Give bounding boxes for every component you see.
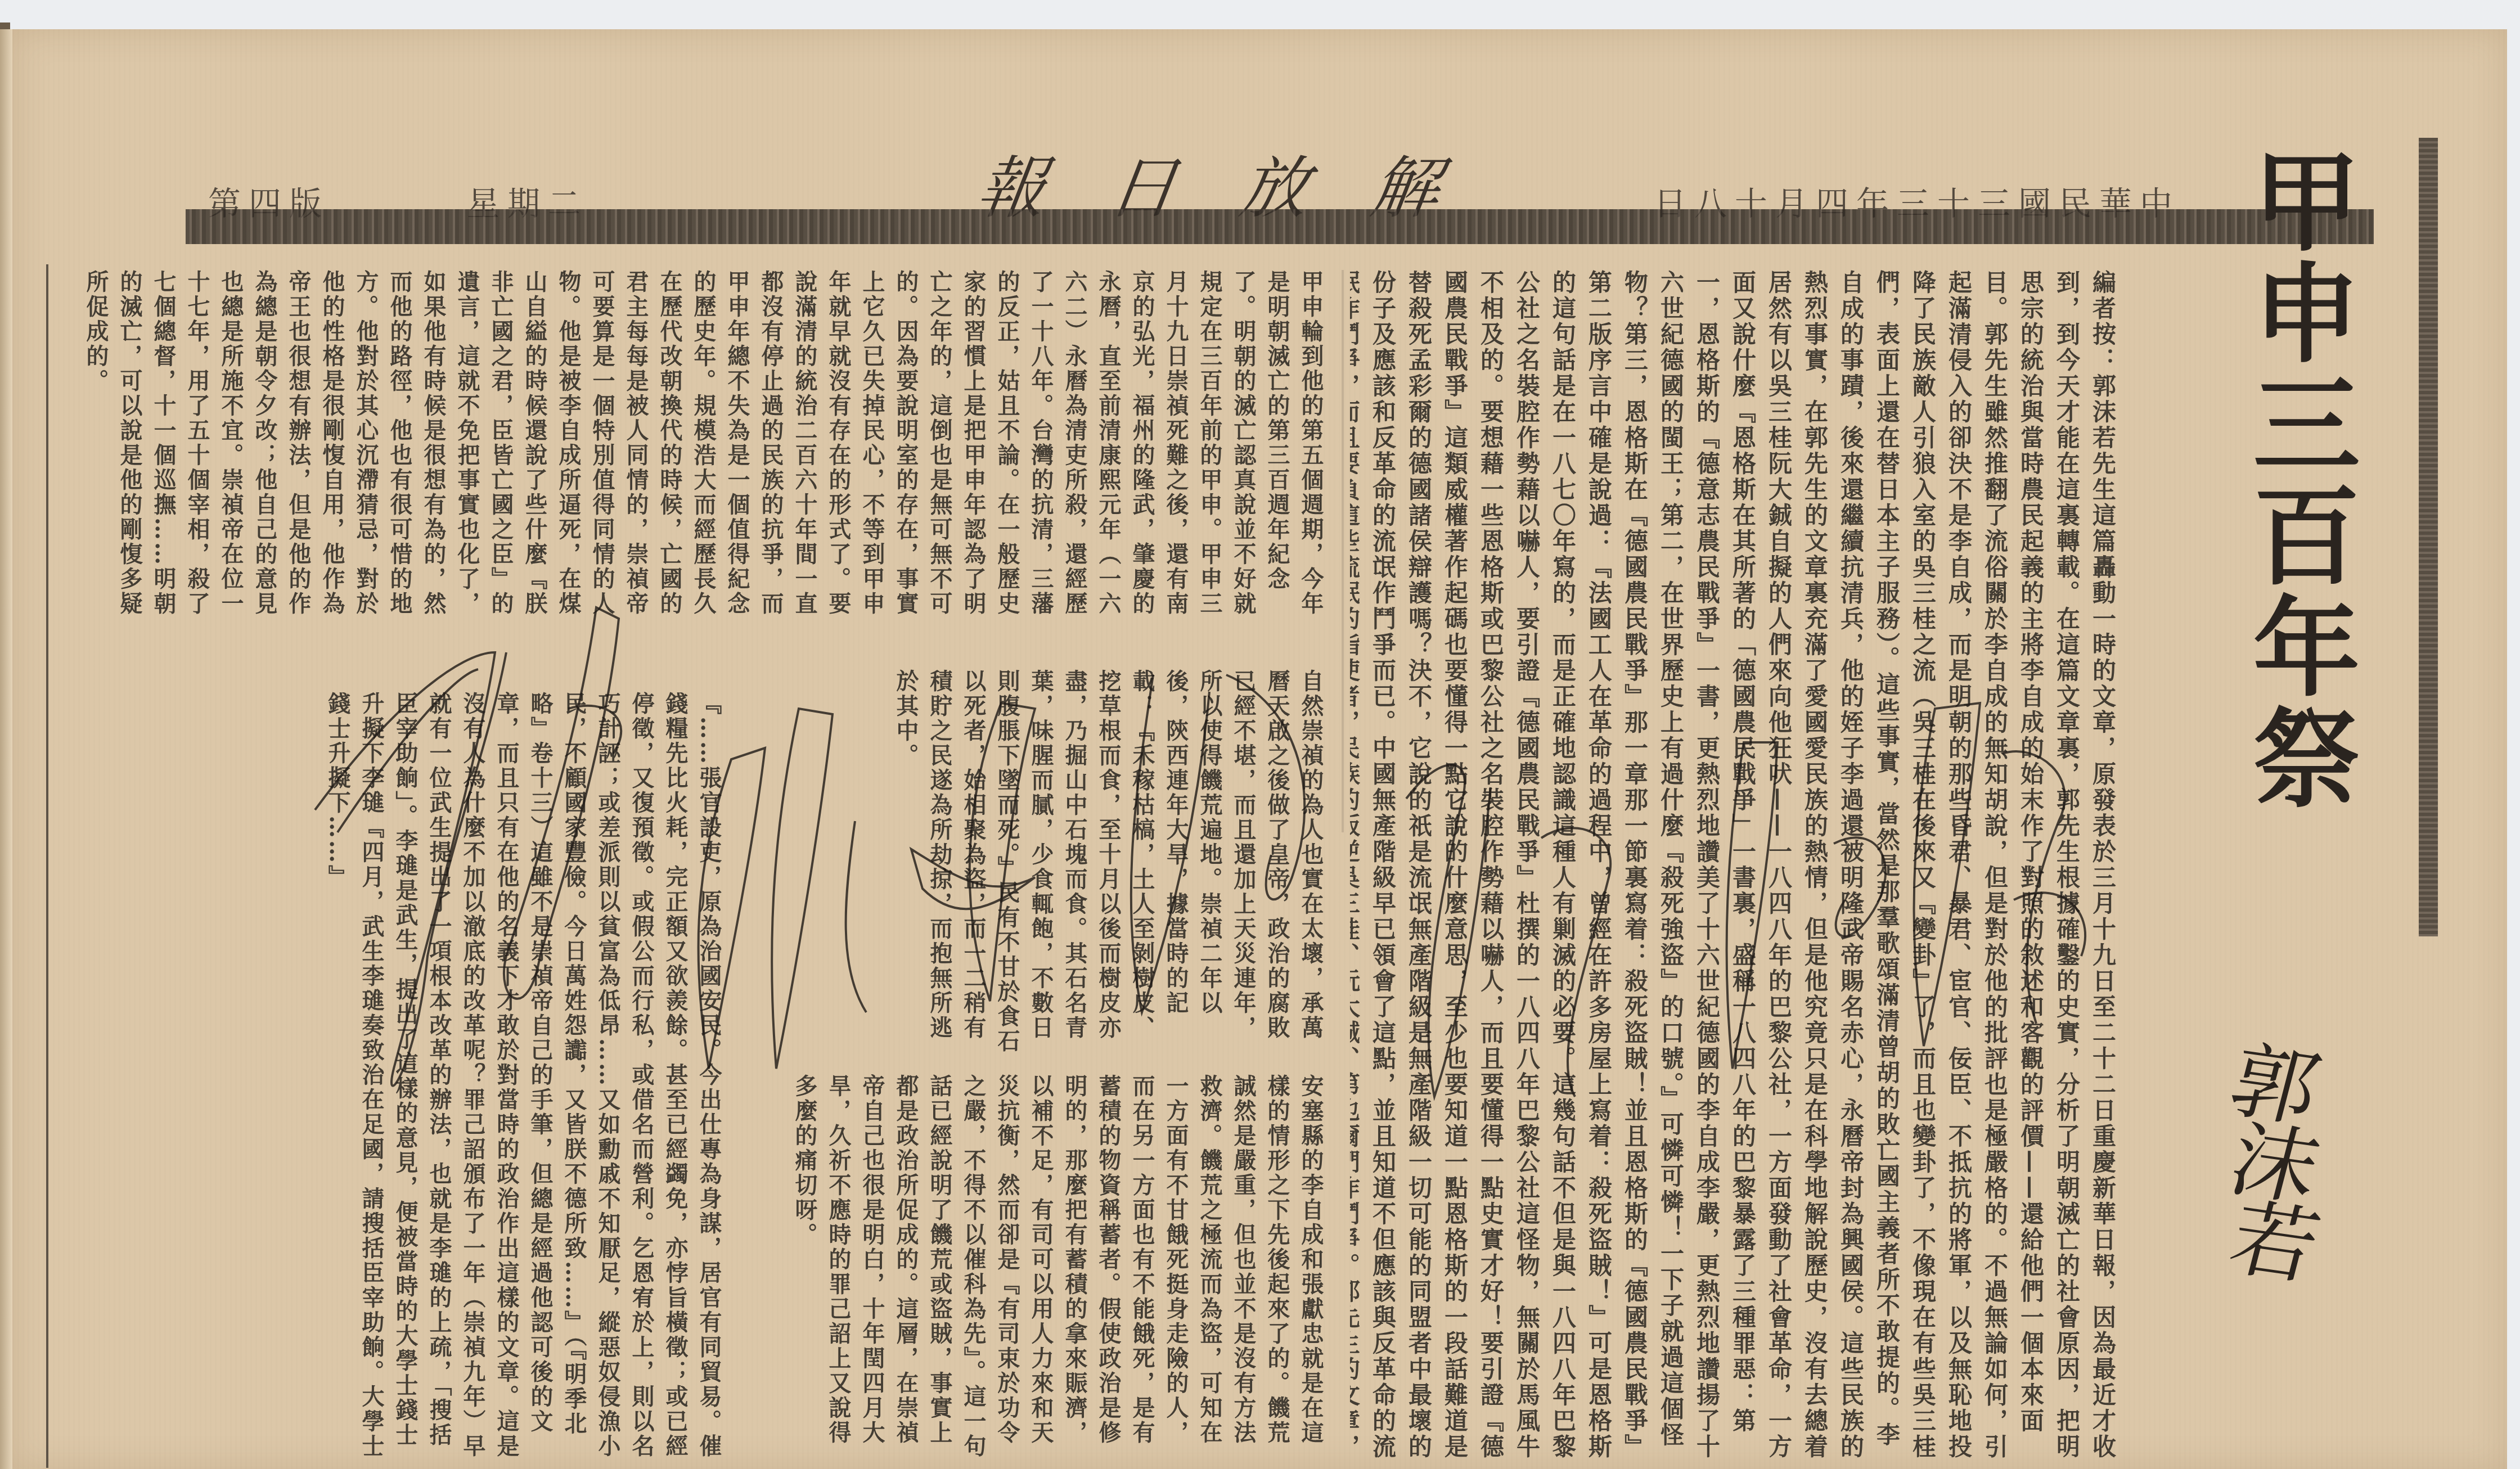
- left-border-rule: [46, 264, 48, 1468]
- body-section-1: 甲申輪到他的第五個週期，今年是明朝滅亡的第三百週年紀念了。明朝的滅亡認真說並不好…: [692, 270, 1327, 636]
- body-section-2: 在歷代改朝換代的時候，亡國的君主每每是被人同情的，崇禎帝可要算是一個特別值得同情…: [62, 270, 686, 636]
- author-signature: 郭沫若: [2230, 1034, 2320, 1288]
- page-spine: [0, 29, 12, 1469]
- body-section-3: 自然崇禎的為人也實在太壞，承萬曆天啟之後做了皇帝，政治的腐敗已經不堪，而且還加上…: [737, 669, 1327, 1057]
- title-side-rule: [2419, 138, 2438, 936]
- editor-note: 編者按：郭沫若先生這篇轟動一時的文章，原發表於三月十九日至二十二日重慶新華日報，…: [1350, 270, 2121, 1462]
- body-section-5: 『……張官設吏，原為治國安民。今出仕專為身謀，居官有同貿易。催錢糧先比火耗，完正…: [62, 692, 726, 1462]
- column-separator: [1342, 270, 1344, 832]
- article-title: 甲申三百年祭: [2233, 146, 2357, 934]
- body-section-4: 安塞縣的李自成和張獻忠就是在這樣的情形之下先後起來了的。饑荒誠然是嚴重，但也並不…: [737, 1074, 1327, 1462]
- header-rule: [186, 209, 2374, 244]
